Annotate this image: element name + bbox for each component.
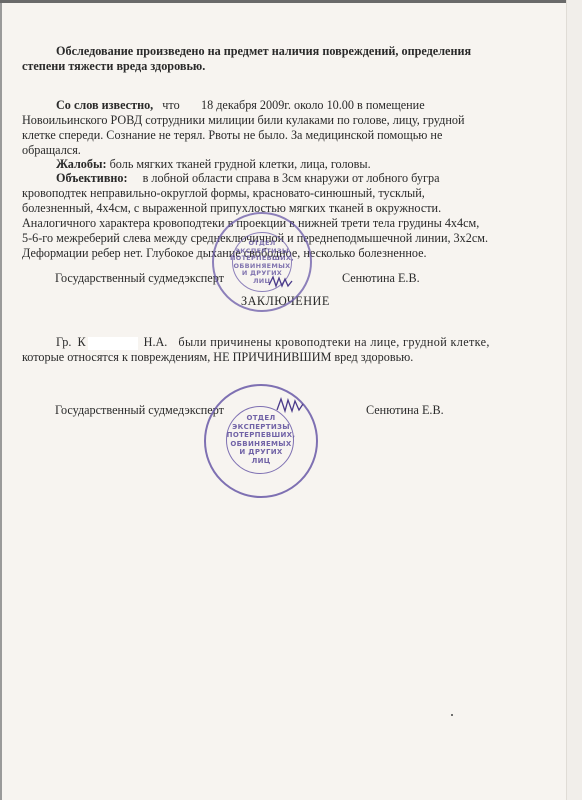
- stamp-line: ЛИЦ: [206, 457, 316, 466]
- anamnesis-text-1: что 18 декабря 2009г. около 10.00 в поме…: [162, 98, 424, 112]
- scan-left-edge: [0, 0, 2, 800]
- signature-2-name: Сенютина Е.В.: [366, 403, 444, 417]
- stamp-line: ОБВИНЯЕМЫХ: [206, 440, 316, 449]
- objective-text-1: в лобной области справа в 3см кнаружи от…: [143, 171, 440, 185]
- anamnesis-line-4: обращался.: [22, 143, 81, 157]
- conclusion-line-1: Гр. КН.А. были причинены кровоподтеки на…: [56, 335, 498, 350]
- conclusion-prefix: Гр. К: [56, 335, 86, 349]
- stamp-center-text: ОТДЕЛ ЭКСПЕРТИЗЫ ПОТЕРПЕВШИХ, ОБВИНЯЕМЫХ…: [206, 414, 316, 465]
- objective-line-2: кровоподтек неправильно-округлой формы, …: [22, 186, 425, 200]
- signature-scribble-2: [276, 396, 304, 414]
- stamp-line: ПОТЕРПЕВШИХ,: [206, 431, 316, 440]
- conclusion-line-2: которые относятся к повреждениям, НЕ ПРИ…: [22, 350, 413, 364]
- official-stamp-1: ОТДЕЛ ЭКСПЕРТИЗЫ ПОТЕРПЕВШИХ, ОБВИНЯЕМЫХ…: [212, 212, 312, 312]
- stamp-line: И ДРУГИХ: [206, 448, 316, 457]
- stamp-line: ОТДЕЛ: [206, 414, 316, 423]
- stamp-line: ЛИЦ: [214, 278, 310, 286]
- anamnesis-line-3: клетке спереди. Сознание не терял. Рвоты…: [22, 128, 442, 142]
- objective-label: Объективно:: [56, 171, 128, 185]
- intro-line-1: Обследование произведено на предмет нали…: [56, 44, 498, 58]
- conclusion-initials: Н.А.: [144, 335, 168, 349]
- signature-scribble-1: [268, 275, 294, 289]
- intro-text-1: Обследование произведено на предмет нали…: [56, 44, 471, 58]
- redacted-surname: [88, 337, 138, 350]
- stamp-center-text: ОТДЕЛ ЭКСПЕРТИЗЫ ПОТЕРПЕВШИХ, ОБВИНЯЕМЫХ…: [214, 240, 310, 285]
- scan-right-edge: [566, 0, 582, 800]
- signature-1-name: Сенютина Е.В.: [342, 271, 420, 285]
- objective-line-3: болезненный, 4х4см, с выраженной припухл…: [22, 201, 441, 215]
- complaints-text: боль мягких тканей грудной клетки, лица,…: [110, 157, 371, 171]
- intro-line-2: степени тяжести вреда здоровью.: [22, 59, 205, 73]
- complaints-line: Жалобы: боль мягких тканей грудной клетк…: [56, 157, 371, 171]
- stamp-line: ЭКСПЕРТИЗЫ: [206, 423, 316, 432]
- signature-2-title: Государственный судмедэксперт: [55, 403, 224, 417]
- anamnesis-lead: Со слов известно,: [56, 98, 153, 112]
- objective-line-1: Объективно: в лобной области справа в 3с…: [56, 171, 440, 185]
- anamnesis-line-2: Новоильинского РОВД сотрудники милиции б…: [22, 113, 464, 127]
- conclusion-text-1: были причинены кровоподтеки на лице, гру…: [178, 335, 489, 349]
- anamnesis-line-1: Со слов известно, что 18 декабря 2009г. …: [56, 98, 498, 112]
- scan-speck: [451, 714, 453, 716]
- scan-top-edge: [0, 0, 566, 3]
- complaints-label: Жалобы:: [56, 157, 107, 171]
- signature-1-title: Государственный судмедэксперт: [55, 271, 224, 285]
